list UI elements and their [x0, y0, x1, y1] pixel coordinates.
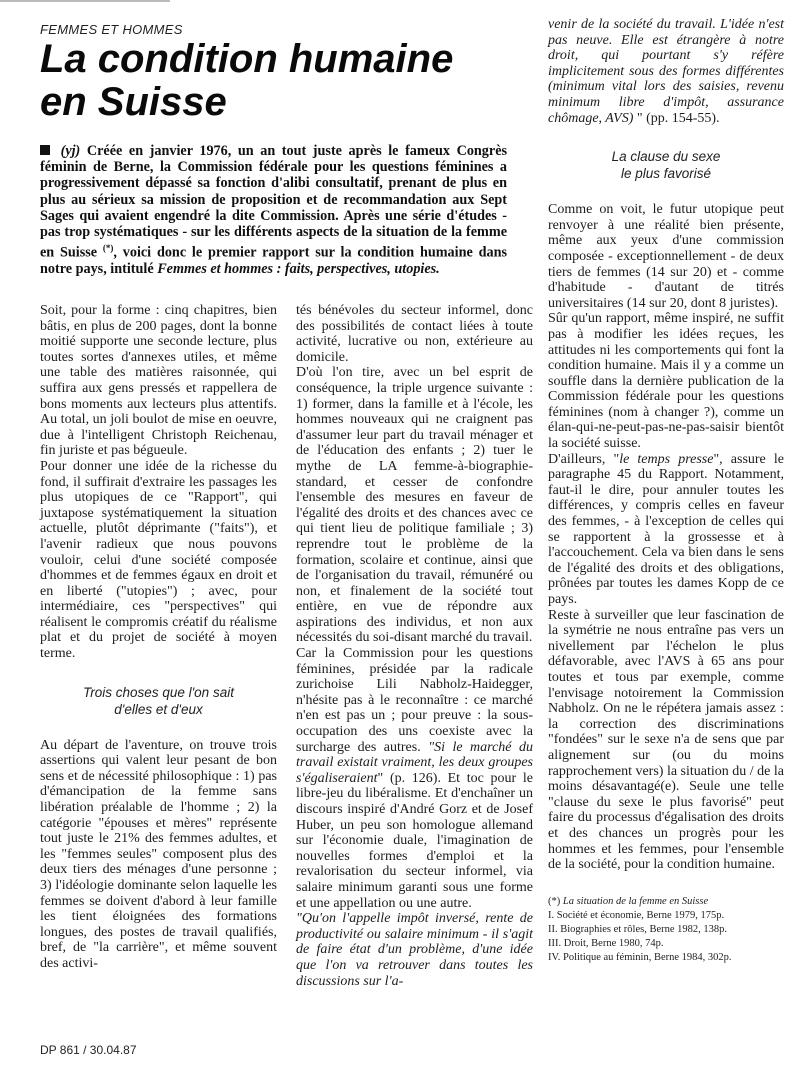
column-3: venir de la société du travail. L'idée n…: [548, 17, 784, 965]
paragraph: Soit, pour la forme : cinq chapitres, bi…: [40, 303, 277, 459]
paragraph: tés bénévoles du secteur informel, donc …: [296, 303, 533, 365]
quote: venir de la société du travail. L'idée n…: [548, 17, 784, 126]
paragraph: D'ailleurs, "le temps presse", assure le…: [548, 452, 784, 608]
text: D'ailleurs, ": [548, 452, 619, 467]
subheading-line-1: La clause du sexe: [612, 149, 721, 164]
subheading-line-1: Trois choses que l'on sait: [83, 685, 234, 700]
paragraph: Pour donner une idée de la richesse du f…: [40, 459, 277, 662]
subheading-line-2: le plus favorisé: [621, 166, 711, 181]
subheading-clause-du-sexe: La clause du sexe le plus favorisé: [548, 148, 784, 182]
footnote-title: (*) La situation de la femme en Suisse: [548, 895, 784, 909]
paragraph: D'où l'on tire, avec un bel esprit de co…: [296, 365, 533, 646]
scan-edge-line: [0, 0, 170, 2]
paragraph: Comme on voit, le futur utopique peut re…: [548, 202, 784, 311]
footnote-item: IV. Politique au féminin, Berne 1984, 30…: [548, 951, 784, 965]
report-title: Femmes et hommes : faits, perspectives, …: [157, 261, 440, 277]
column-2: tés bénévoles du secteur informel, donc …: [296, 303, 533, 989]
subheading-trois-choses: Trois choses que l'on sait d'elles et d'…: [40, 684, 277, 718]
paragraph: Sûr qu'un rapport, même inspiré, ne suff…: [548, 311, 784, 451]
footnote-item: II. Biographies et rôles, Berne 1982, 13…: [548, 923, 784, 937]
citation: " (pp. 154-55).: [633, 111, 719, 126]
square-bullet-icon: [40, 145, 50, 155]
footnote-mark: (*): [103, 243, 114, 253]
footnote-item: I. Société et économie, Berne 1979, 175p…: [548, 909, 784, 923]
footnote-block: (*) La situation de la femme en Suisse I…: [548, 895, 784, 965]
section-kicker: FEMMES ET HOMMES: [40, 22, 183, 37]
footnote-mark: (*): [548, 896, 560, 907]
text: Car la Commission pour les questions fém…: [296, 646, 533, 755]
lead-paragraph: (yj) Créée en janvier 1976, un an tout j…: [40, 143, 507, 277]
text: " (p. 126). Et toc pour le libre-jeu du …: [296, 771, 533, 911]
text: ", assure le paragraphe 45 du Rapport. N…: [548, 452, 784, 607]
paragraph: Car la Commission pour les questions fém…: [296, 646, 533, 911]
quote-paragraph: "Qu'on l'appelle impôt inversé, rente de…: [296, 911, 533, 989]
article-headline: La condition humaine en Suisse: [40, 38, 530, 124]
headline-line-2: en Suisse: [40, 80, 227, 124]
paragraph: Au départ de l'aventure, on trouve trois…: [40, 738, 277, 972]
footnote-series-title: La situation de la femme en Suisse: [563, 896, 708, 907]
author-initials: (yj): [61, 143, 81, 159]
paragraph: Reste à surveiller que leur fascination …: [548, 608, 784, 873]
subheading-line-2: d'elles et d'eux: [114, 702, 202, 717]
issue-footer: DP 861 / 30.04.87: [40, 1043, 137, 1057]
column-1: Soit, pour la forme : cinq chapitres, bi…: [40, 303, 277, 972]
quote-paragraph: venir de la société du travail. L'idée n…: [548, 17, 784, 126]
headline-line-1: La condition humaine: [40, 37, 453, 81]
footnote-item: III. Droit, Berne 1980, 74p.: [548, 937, 784, 951]
quote: le temps presse: [619, 452, 713, 467]
